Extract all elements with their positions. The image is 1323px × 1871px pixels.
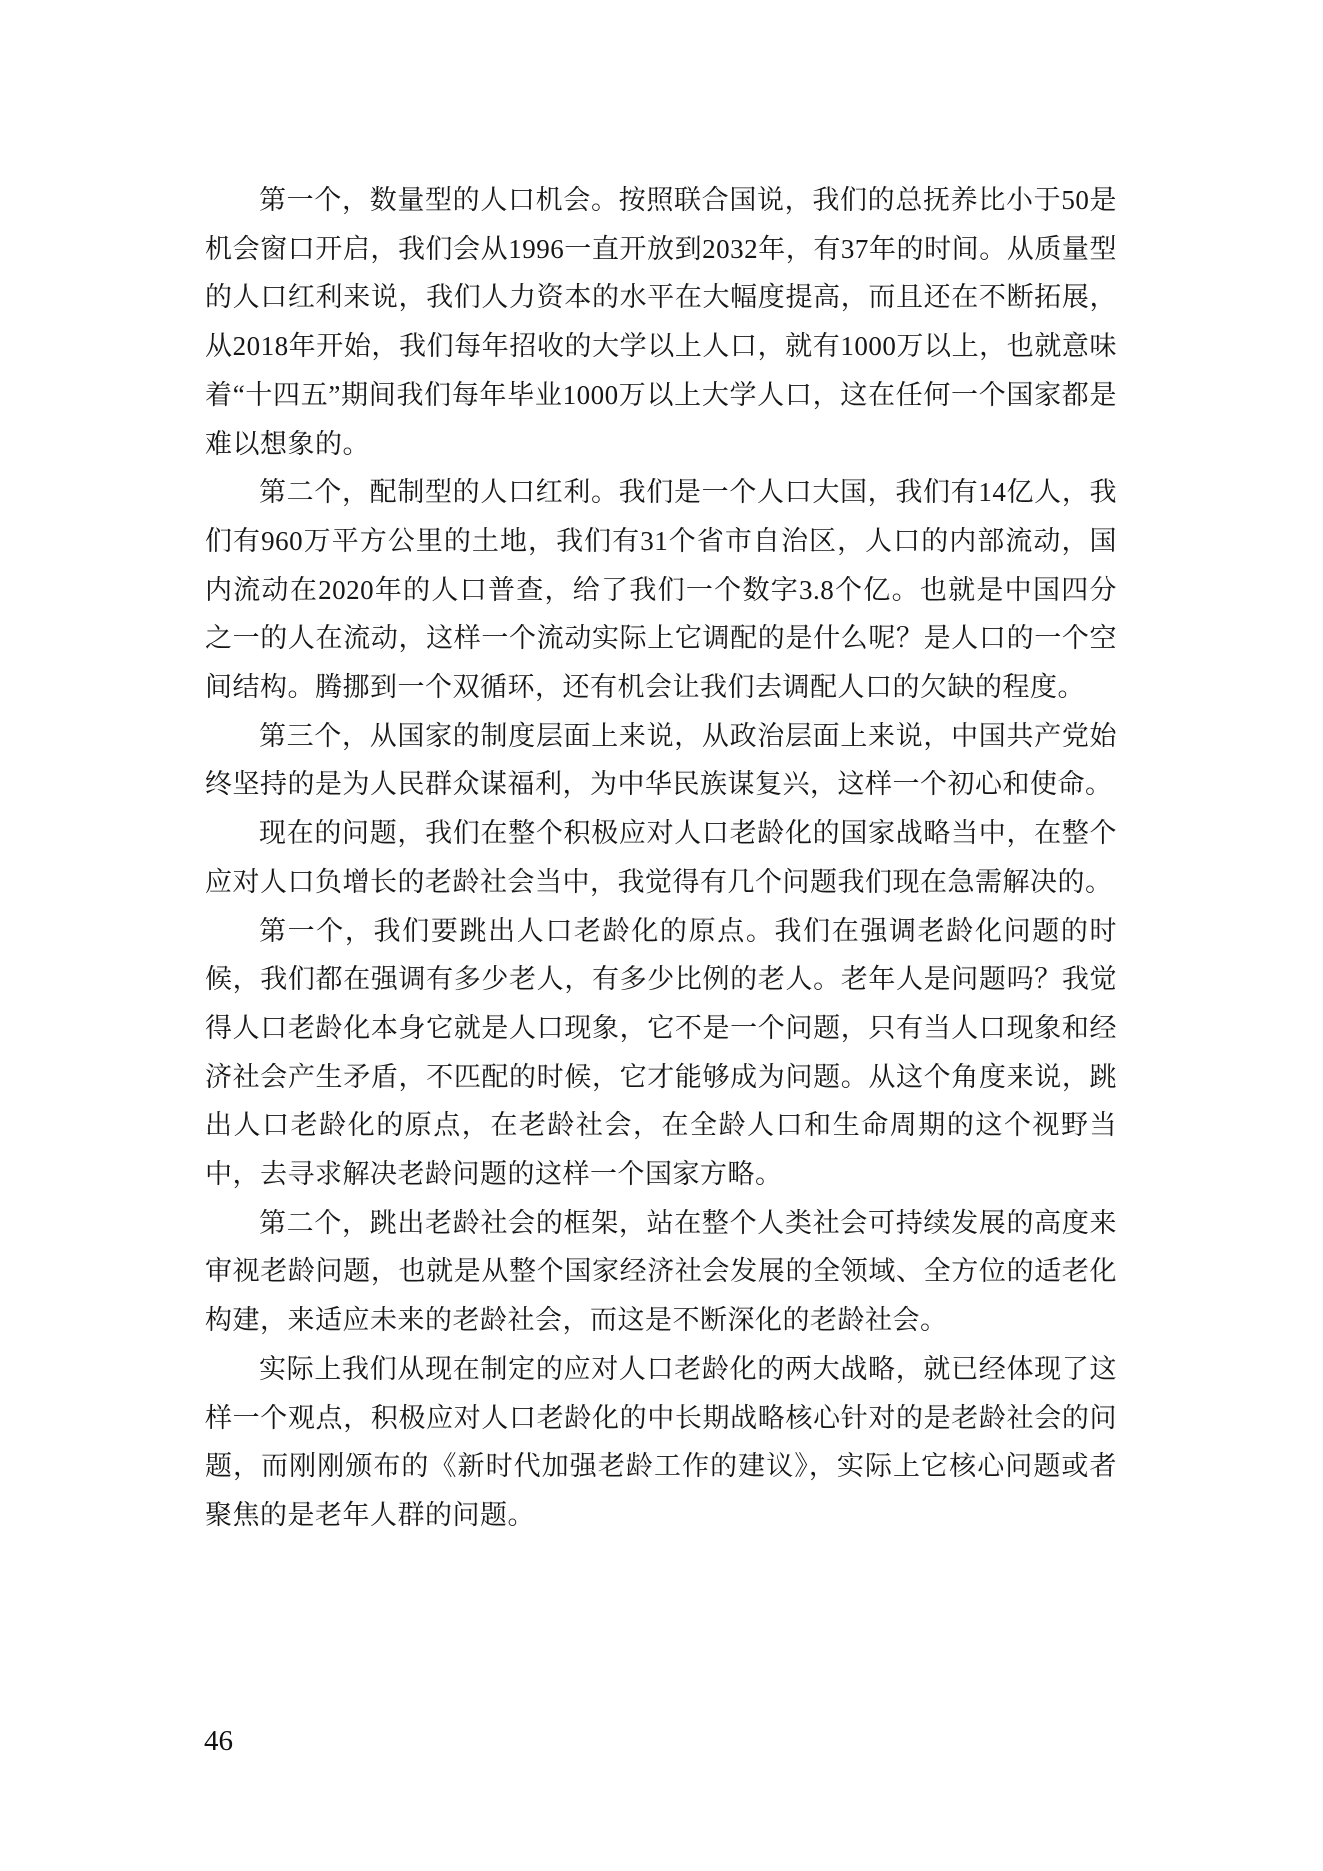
paragraph-5: 第一个，我们要跳出人口老龄化的原点。我们在强调老龄化问题的时候，我们都在强调有多…	[205, 907, 1117, 1199]
document-body: 第一个，数量型的人口机会。按照联合国说，我们的总抚养比小于50是机会窗口开启，我…	[205, 176, 1117, 1540]
paragraph-4: 现在的问题，我们在整个积极应对人口老龄化的国家战略当中，在整个应对人口负增长的老…	[205, 809, 1117, 906]
paragraph-6: 第二个，跳出老龄社会的框架，站在整个人类社会可持续发展的高度来审视老龄问题，也就…	[205, 1199, 1117, 1345]
paragraph-1: 第一个，数量型的人口机会。按照联合国说，我们的总抚养比小于50是机会窗口开启，我…	[205, 176, 1117, 468]
paragraph-3: 第三个，从国家的制度层面上来说，从政治层面上来说，中国共产党始终坚持的是为人民群…	[205, 712, 1117, 809]
page-number: 46	[204, 1724, 233, 1758]
document-page: 第一个，数量型的人口机会。按照联合国说，我们的总抚养比小于50是机会窗口开启，我…	[0, 0, 1323, 1871]
paragraph-7: 实际上我们从现在制定的应对人口老龄化的两大战略，就已经体现了这样一个观点，积极应…	[205, 1345, 1117, 1540]
paragraph-2: 第二个，配制型的人口红利。我们是一个人口大国，我们有14亿人，我们有960万平方…	[205, 468, 1117, 712]
